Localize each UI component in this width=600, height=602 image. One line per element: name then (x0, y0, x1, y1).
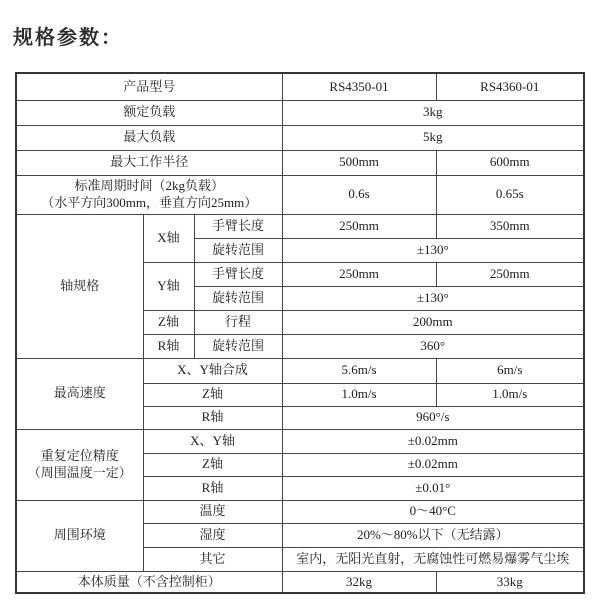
spec-value-cell: ±0.01° (282, 476, 584, 500)
spec-label-cell: Y轴 (143, 262, 194, 310)
spec-value-cell: ±0.02mm (282, 429, 584, 453)
table-row: 本体质量（不含控制柜）32kg33kg (16, 571, 584, 593)
table-row: 标准周期时间（2kg负载） （水平方向300mm，垂直方向25mm）0.6s0.… (16, 175, 584, 214)
spec-value-cell: ±130° (282, 286, 584, 310)
spec-label-cell: Z轴 (143, 453, 282, 476)
spec-value-cell: 360° (282, 334, 584, 358)
spec-label-cell: 旋转范围 (194, 286, 282, 310)
spec-label-cell: 其它 (143, 547, 282, 571)
page-title: 规格参数： (13, 21, 123, 50)
spec-label-cell: R轴 (143, 476, 282, 500)
spec-label-cell: 本体质量（不含控制柜） (16, 571, 282, 593)
spec-value-cell: 20%～80%以下（无结露） (282, 523, 584, 547)
spec-value-cell: ±0.02mm (282, 453, 584, 476)
spec-label-cell: 最大工作半径 (16, 150, 282, 175)
spec-label-cell: X、Y轴 (143, 429, 282, 453)
spec-label-cell: 重复定位精度 （周围温度一定） (16, 429, 143, 500)
spec-value-cell: 350mm (436, 214, 584, 238)
spec-label-cell: 手臂长度 (194, 214, 282, 238)
spec-page: 规格参数： 产品型号RS4350-01RS4360-01额定负载3kg最大负载5… (0, 0, 600, 602)
spec-label-cell: 行程 (194, 310, 282, 334)
spec-value-cell: 200mm (282, 310, 584, 334)
spec-value-cell: 33kg (436, 571, 584, 593)
spec-label-cell: 产品型号 (16, 73, 282, 100)
spec-label-cell: Z轴 (143, 383, 282, 406)
spec-label-cell: X、Y轴合成 (143, 358, 282, 383)
spec-value-cell: ±130° (282, 238, 584, 262)
spec-value-cell: 3kg (282, 100, 584, 125)
table-row: 产品型号RS4350-01RS4360-01 (16, 73, 584, 100)
table-row: 最大工作半径500mm600mm (16, 150, 584, 175)
spec-label-cell: 湿度 (143, 523, 282, 547)
spec-value-cell: RS4360-01 (436, 73, 584, 100)
spec-label-cell: R轴 (143, 334, 194, 358)
spec-label-cell: Z轴 (143, 310, 194, 334)
spec-label-cell: 最大负载 (16, 125, 282, 150)
spec-value-cell: 0.65s (436, 175, 584, 214)
spec-value-cell: 250mm (436, 262, 584, 286)
spec-value-cell: 32kg (282, 571, 436, 593)
spec-value-cell: 250mm (282, 214, 436, 238)
spec-label-cell: 温度 (143, 500, 282, 523)
table-row: 轴规格X轴手臂长度250mm350mm (16, 214, 584, 238)
spec-value-cell: 6m/s (436, 358, 584, 383)
spec-value-cell: 1.0m/s (282, 383, 436, 406)
spec-value-cell: 250mm (282, 262, 436, 286)
spec-value-cell: 960°/s (282, 406, 584, 429)
spec-value-cell: RS4350-01 (282, 73, 436, 100)
spec-value-cell: 1.0m/s (436, 383, 584, 406)
spec-value-cell: 0.6s (282, 175, 436, 214)
spec-value-cell: 600mm (436, 150, 584, 175)
spec-table: 产品型号RS4350-01RS4360-01额定负载3kg最大负载5kg最大工作… (15, 72, 585, 594)
spec-table-body: 产品型号RS4350-01RS4360-01额定负载3kg最大负载5kg最大工作… (16, 73, 584, 593)
spec-label-cell: 额定负载 (16, 100, 282, 125)
table-row: 重复定位精度 （周围温度一定）X、Y轴±0.02mm (16, 429, 584, 453)
spec-value-cell: 室内，无阳光直射，无腐蚀性可燃易爆雾气尘埃 (282, 547, 584, 571)
spec-label-cell: X轴 (143, 214, 194, 262)
spec-value-cell: 0～40°C (282, 500, 584, 523)
spec-label-cell: 旋转范围 (194, 238, 282, 262)
table-row: 额定负载3kg (16, 100, 584, 125)
table-row: 周围环境温度0～40°C (16, 500, 584, 523)
spec-value-cell: 5.6m/s (282, 358, 436, 383)
spec-label-cell: R轴 (143, 406, 282, 429)
table-row: 最高速度X、Y轴合成5.6m/s6m/s (16, 358, 584, 383)
spec-label-cell: 标准周期时间（2kg负载） （水平方向300mm，垂直方向25mm） (16, 175, 282, 214)
spec-label-cell: 轴规格 (16, 214, 143, 358)
spec-value-cell: 5kg (282, 125, 584, 150)
spec-label-cell: 旋转范围 (194, 334, 282, 358)
table-row: 最大负载5kg (16, 125, 584, 150)
spec-label-cell: 最高速度 (16, 358, 143, 429)
spec-label-cell: 手臂长度 (194, 262, 282, 286)
spec-value-cell: 500mm (282, 150, 436, 175)
spec-label-cell: 周围环境 (16, 500, 143, 571)
